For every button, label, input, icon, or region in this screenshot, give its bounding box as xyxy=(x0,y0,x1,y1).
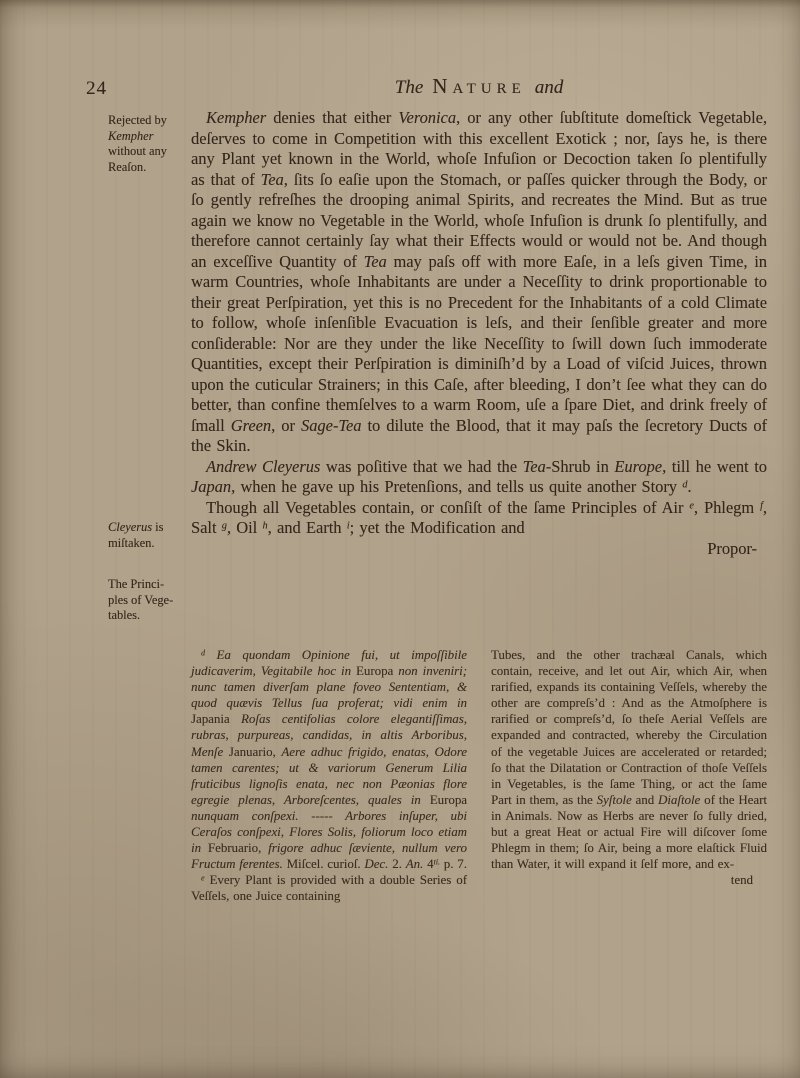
text-segment: 2. xyxy=(388,857,405,871)
text-segment: , Phlegm xyxy=(694,498,760,517)
note-line: tables. xyxy=(108,608,188,624)
note-line: Rejected by xyxy=(108,113,188,129)
text-segment: Januario, xyxy=(229,745,282,759)
text-segment: may paſs off with more Eaſe, in a leſs g… xyxy=(191,252,767,435)
note-line: ples of Vege- xyxy=(108,593,188,609)
text-segment: Reaſon. xyxy=(108,160,146,174)
text-segment: Andrew Cleyerus xyxy=(206,457,320,476)
text-segment: p. 7. xyxy=(440,857,467,871)
text-segment: -Shrub in xyxy=(546,457,615,476)
footnote-e: e Every Plant is provided with a double … xyxy=(191,872,467,904)
note-line: miſtaken. xyxy=(108,536,188,552)
text-segment: An. xyxy=(406,857,424,871)
text-segment: tables. xyxy=(108,608,140,622)
text-segment: Syſtole xyxy=(597,793,632,807)
text-segment: , till he went to xyxy=(662,457,767,476)
note-line: Reaſon. xyxy=(108,160,188,176)
running-title-pre: The xyxy=(395,77,424,98)
text-segment: and xyxy=(632,793,658,807)
footnotes-section: d Ea quondam Opinione fui, ut impoſſibil… xyxy=(191,647,767,905)
text-segment: Though all Vegetables contain, or conſiſ… xyxy=(206,498,689,517)
text-segment xyxy=(205,648,217,662)
catchword-tend: tend xyxy=(491,872,767,888)
text-segment: The Princi- xyxy=(108,577,164,591)
text-segment: Kempher xyxy=(206,108,266,127)
note-line: The Princi- xyxy=(108,577,188,593)
running-title-post: and xyxy=(535,77,564,98)
text-segment: Europa xyxy=(430,793,467,807)
margin-note-principles-of-vegetables: The Princi-ples of Vege-tables. xyxy=(108,577,188,624)
text-segment: was poſitive that we had the xyxy=(320,457,522,476)
text-segment: Dec. xyxy=(364,857,388,871)
text-segment: , when he gave up his Pretenſions, and t… xyxy=(231,477,682,496)
text-segment: is xyxy=(152,520,163,534)
text-segment: 4 xyxy=(423,857,433,871)
catchword-propor: Propor- xyxy=(191,539,767,560)
footnote-column-left: d Ea quondam Opinione fui, ut impoſſibil… xyxy=(191,647,467,905)
margin-note-cleyerus-mistaken: Cleyerus ismiſtaken. xyxy=(108,520,188,551)
margin-note-rejected-by-kempher: Rejected byKempherwithout anyReaſon. xyxy=(108,113,188,175)
main-text-block: Kempher denies that either Veronica, or … xyxy=(191,108,767,559)
text-segment: ples of Vege- xyxy=(108,593,173,607)
text-segment: Tea xyxy=(364,252,387,271)
footnote-column-right: Tubes, and the other trachæal Canals, wh… xyxy=(491,647,767,905)
book-page: 24 TheNatureand Rejected byKempherwithou… xyxy=(0,0,800,1078)
text-segment: . xyxy=(687,477,691,496)
text-segment: Europe xyxy=(614,457,662,476)
text-segment: ; yet the Modification and xyxy=(350,518,525,537)
page-number: 24 xyxy=(86,78,107,100)
text-segment: , and Earth xyxy=(268,518,347,537)
footnote-d: d Ea quondam Opinione fui, ut impoſſibil… xyxy=(191,647,467,872)
note-line: without any xyxy=(108,144,188,160)
text-segment: Miſcel. curioſ. xyxy=(287,857,365,871)
text-segment: without any xyxy=(108,144,167,158)
text-segment: , or xyxy=(271,416,301,435)
text-segment: Veronica xyxy=(398,108,456,127)
running-title-main: Nature xyxy=(432,74,526,98)
paragraph-principles: Though all Vegetables contain, or conſiſ… xyxy=(191,498,767,539)
text-segment: Kempher xyxy=(108,129,153,143)
text-segment: miſtaken. xyxy=(108,536,154,550)
text-segment: Tea xyxy=(261,170,284,189)
note-line: Cleyerus is xyxy=(108,520,188,536)
note-line: Kempher xyxy=(108,129,188,145)
text-segment: Cleyerus xyxy=(108,520,152,534)
running-title: TheNatureand xyxy=(191,74,767,99)
text-segment: Japania xyxy=(191,712,241,726)
text-segment: Europa xyxy=(356,664,398,678)
text-segment: Februario, xyxy=(208,841,268,855)
paragraph-kempher-denies: Kempher denies that either Veronica, or … xyxy=(191,108,767,457)
text-segment: Rejected by xyxy=(108,113,167,127)
text-segment: Japan xyxy=(191,477,231,496)
text-segment: Tubes, and the other trachæal Canals, wh… xyxy=(491,648,767,807)
text-segment: Tea xyxy=(523,457,546,476)
text-segment: Green xyxy=(231,416,271,435)
text-segment: Sage-Tea xyxy=(301,416,361,435)
text-segment: denies that either xyxy=(266,108,398,127)
text-segment: Every Plant is provided with a double Se… xyxy=(191,873,467,903)
footnote-continuation: Tubes, and the other trachæal Canals, wh… xyxy=(491,647,767,872)
paragraph-andrew-cleyerus: Andrew Cleyerus was poſitive that we had… xyxy=(191,457,767,498)
text-segment: , Oil xyxy=(227,518,263,537)
text-segment: Diaſtole xyxy=(658,793,700,807)
